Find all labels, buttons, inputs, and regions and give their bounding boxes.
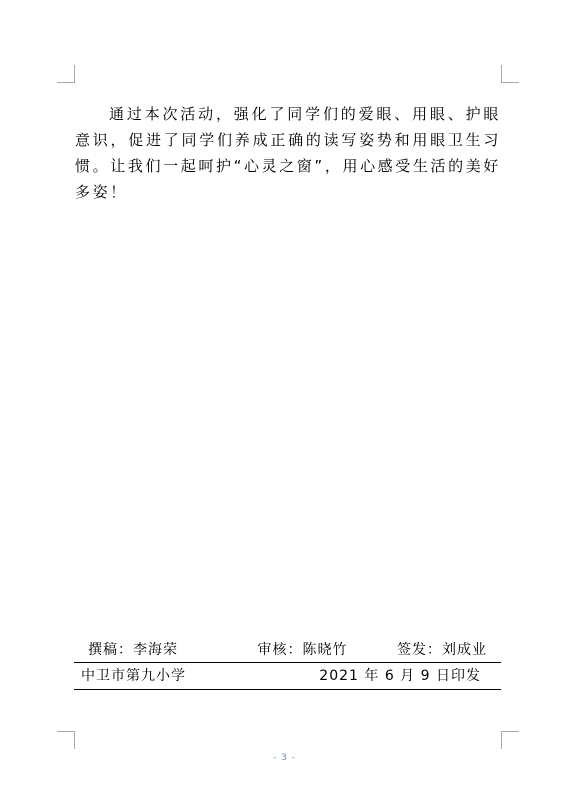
- print-date: 2021 年 6 月 9 日印发: [319, 663, 481, 689]
- issuer-label: 签发：: [397, 642, 442, 658]
- reviewer: 审核：陈晓竹: [258, 638, 348, 662]
- issuer: 签发：刘成业: [397, 638, 487, 662]
- organization: 中卫市第九小学: [81, 663, 186, 689]
- print-row: 中卫市第九小学 2021 年 6 月 9 日印发: [74, 663, 501, 690]
- page-number: - 3 -: [0, 753, 569, 763]
- reviewer-label: 审核：: [258, 642, 303, 658]
- signature-row: 撰稿：李海荣 审核：陈晓竹 签发：刘成业: [74, 638, 501, 663]
- document-footer: 撰稿：李海荣 审核：陈晓竹 签发：刘成业 中卫市第九小学 2021 年 6 月 …: [74, 638, 501, 690]
- drafter: 撰稿：李海荣: [88, 638, 178, 662]
- drafter-name: 李海荣: [133, 642, 178, 658]
- drafter-label: 撰稿：: [88, 642, 133, 658]
- reviewer-name: 陈晓竹: [303, 642, 348, 658]
- issuer-name: 刘成业: [442, 642, 487, 658]
- crop-mark-top-left: [57, 65, 75, 83]
- crop-mark-bottom-right: [501, 731, 519, 749]
- body-paragraph: 通过本次活动，强化了同学们的爱眼、用眼、护眼意识，促进了同学们养成正确的读写姿势…: [75, 101, 501, 205]
- crop-mark-top-right: [501, 65, 519, 83]
- crop-mark-bottom-left: [57, 731, 75, 749]
